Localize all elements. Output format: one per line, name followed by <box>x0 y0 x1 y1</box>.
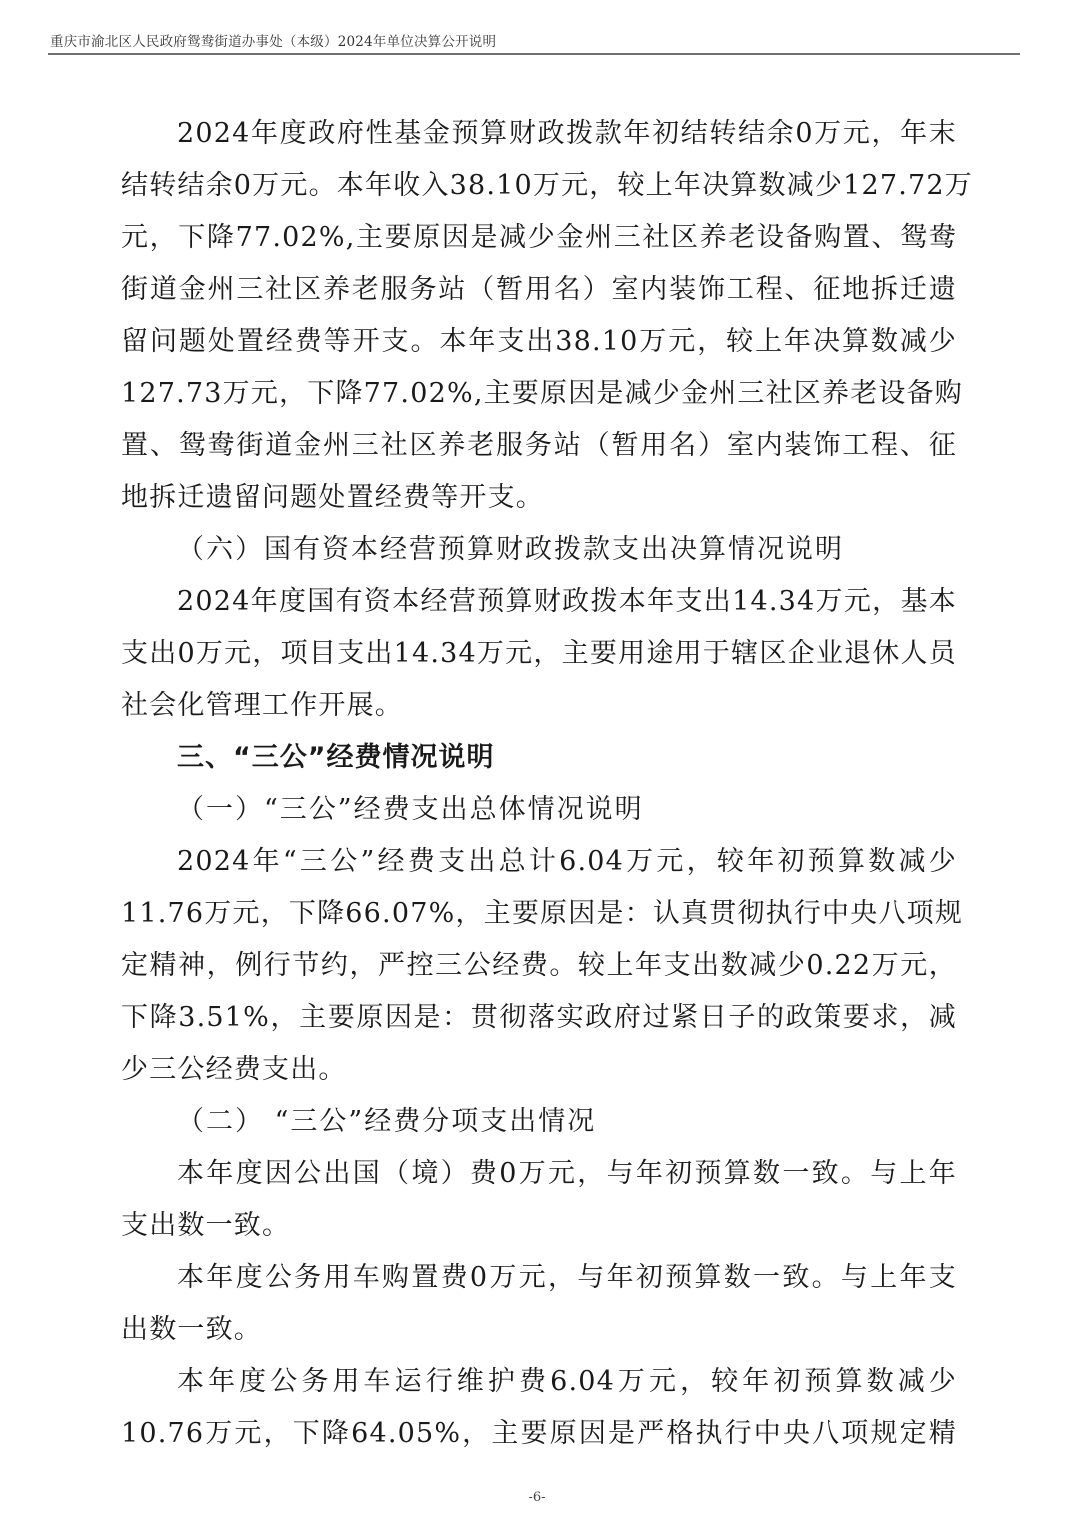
subsection-heading: （六）国有资本经营预算财政拨款支出决算情况说明 <box>121 524 957 576</box>
paragraph-line: 下降3.51%，主要原因是：贯彻落实政府过紧日子的政策要求，减 <box>121 992 957 1044</box>
paragraph-line: 出数一致。 <box>121 1304 957 1356</box>
paragraph-line: 置、鸳鸯街道金州三社区养老服务站（暂用名）室内装饰工程、征 <box>121 420 957 472</box>
running-header: 重庆市渝北区人民政府鸳鸯街道办事处（本级）2024年单位决算公开说明 <box>50 30 496 50</box>
paragraph-line: 结转结余0万元。本年收入38.10万元，较上年决算数减少127.72万 <box>121 160 957 212</box>
paragraph-line: 留问题处置经费等开支。本年支出38.10万元，较上年决算数减少 <box>121 316 957 368</box>
paragraph-line: 10.76万元，下降64.05%，主要原因是严格执行中央八项规定精 <box>121 1408 957 1460</box>
document-body: 2024年度政府性基金预算财政拨款年初结转结余0万元，年末结转结余0万元。本年收… <box>121 108 957 1460</box>
paragraph-line: 少三公经费支出。 <box>121 1044 957 1096</box>
paragraph-line: 11.76万元，下降66.07%，主要原因是：认真贯彻执行中央八项规 <box>121 888 957 940</box>
subsection-heading: （二） “三公”经费分项支出情况 <box>121 1096 957 1148</box>
paragraph-line: 2024年“三公”经费支出总计6.04万元，较年初预算数减少 <box>121 836 957 888</box>
paragraph-line: 街道金州三社区养老服务站（暂用名）室内装饰工程、征地拆迁遗 <box>121 264 957 316</box>
page-number: -6- <box>0 1490 1074 1505</box>
paragraph-line: 本年度公务用车购置费0万元，与年初预算数一致。与上年支 <box>121 1252 957 1304</box>
subsection-heading: （一）“三公”经费支出总体情况说明 <box>121 784 957 836</box>
paragraph-line: 127.73万元，下降77.02%,主要原因是减少金州三社区养老设备购 <box>121 368 957 420</box>
paragraph-line: 支出0万元，项目支出14.34万元，主要用途用于辖区企业退休人员 <box>121 628 957 680</box>
paragraph-line: 定精神，例行节约，严控三公经费。较上年支出数减少0.22万元， <box>121 940 957 992</box>
paragraph-line: 元，下降77.02%,主要原因是减少金州三社区养老设备购置、鸳鸯 <box>121 212 957 264</box>
paragraph-line: 本年度公务用车运行维护费6.04万元，较年初预算数减少 <box>121 1356 957 1408</box>
paragraph-line: 2024年度国有资本经营预算财政拨本年支出14.34万元，基本 <box>121 576 957 628</box>
paragraph-line: 社会化管理工作开展。 <box>121 680 957 732</box>
section-heading: 三、“三公”经费情况说明 <box>121 732 957 784</box>
paragraph-line: 本年度因公出国（境）费0万元，与年初预算数一致。与上年 <box>121 1148 957 1200</box>
paragraph-line: 支出数一致。 <box>121 1200 957 1252</box>
paragraph-line: 2024年度政府性基金预算财政拨款年初结转结余0万元，年末 <box>121 108 957 160</box>
paragraph-line: 地拆迁遗留问题处置经费等开支。 <box>121 472 957 524</box>
header-divider <box>48 53 1020 55</box>
